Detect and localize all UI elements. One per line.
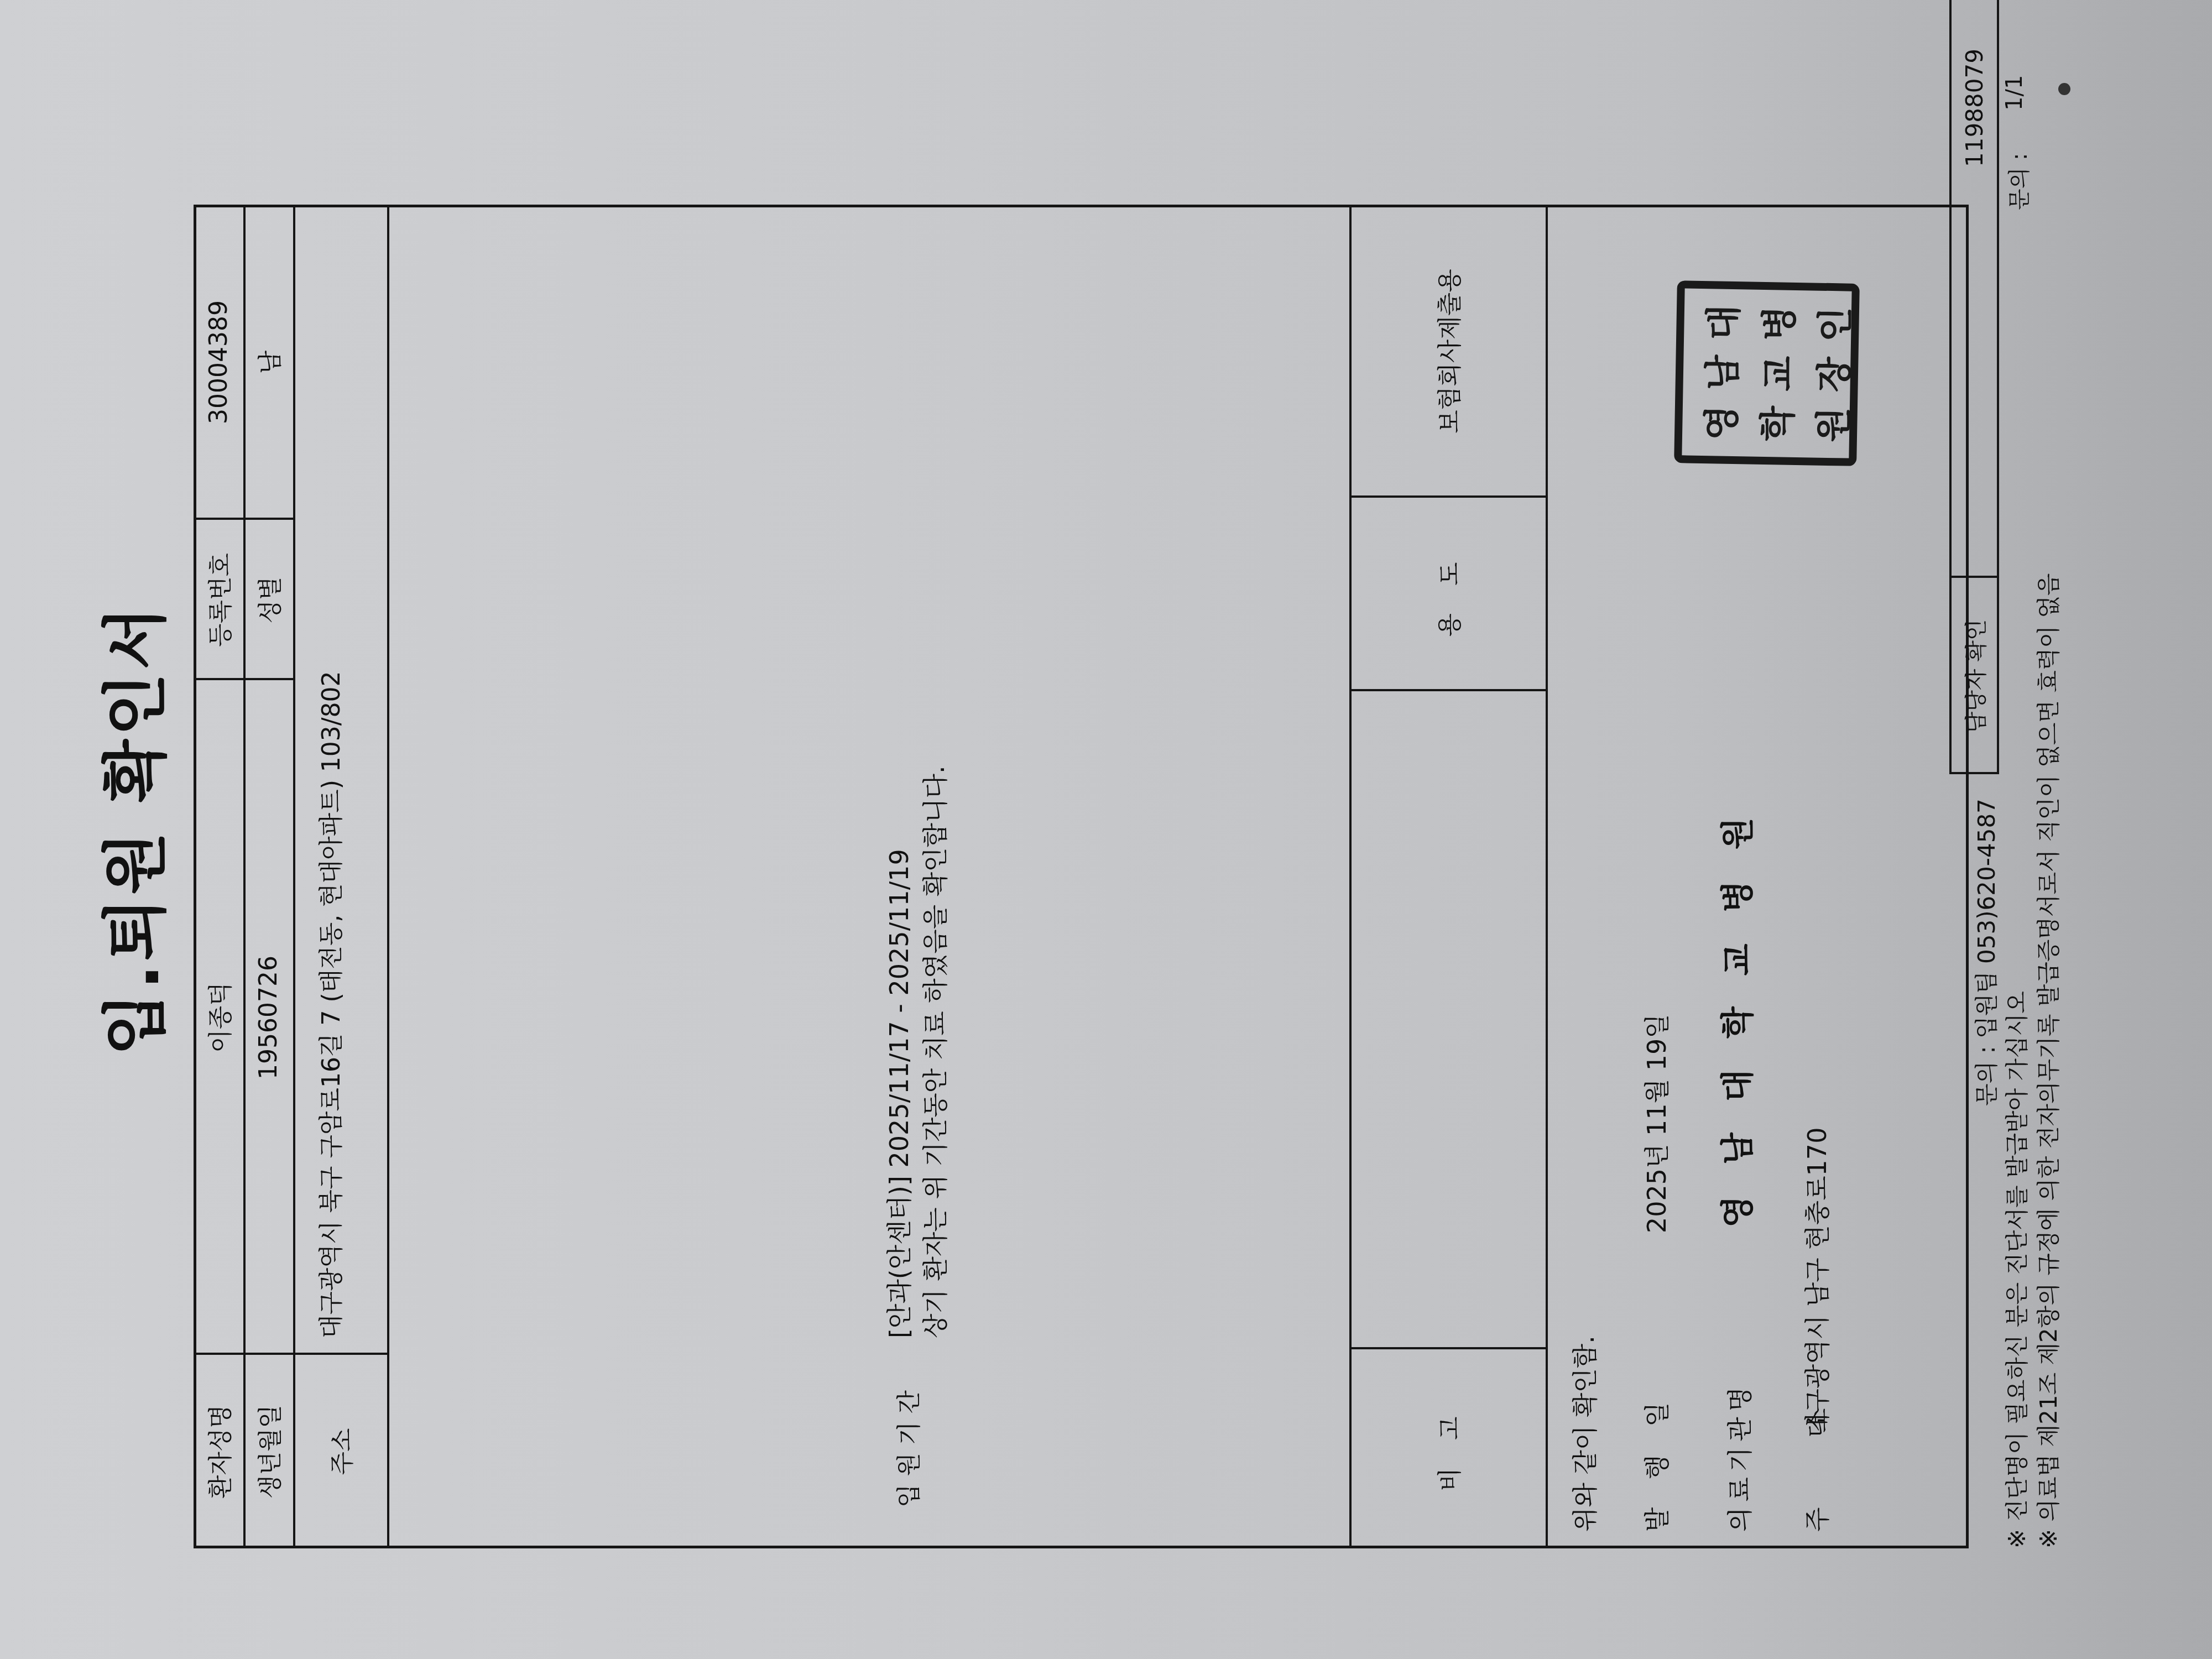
patient-name-label: 환자성명 bbox=[194, 1355, 243, 1548]
page-number: 1/1 bbox=[2002, 75, 2027, 111]
admission-period: [안과(안센터)] 2025/11/17 - 2025/11/19 bbox=[879, 849, 916, 1338]
purpose-label: 용 도 bbox=[1349, 498, 1546, 691]
issue-date-label: 발 행 일 bbox=[1637, 1392, 1673, 1532]
address-label: 주소 bbox=[293, 1355, 387, 1548]
admission-period-label: 입 원 기 간 bbox=[874, 1349, 940, 1548]
patient-address: 대구광역시 북구 구암로16길 7 (태전동, 현대아파트) 103/802 bbox=[293, 205, 387, 1355]
official-seal: 영 남 대 학 교 병 원 장 인 bbox=[1674, 280, 1860, 466]
footer-note-2: ※ 의료법 제21조 제2항의 규정에 의한 전자의무기록 발급증명서로서 직인… bbox=[2031, 573, 2064, 1548]
confirmation-text: 위와 같이 확인함. bbox=[1565, 1335, 1601, 1532]
sex-label: 성별 bbox=[243, 520, 293, 680]
institution-address: 대구광역시 남구 현충로170 bbox=[1797, 1128, 1834, 1438]
staff-confirm-label: 담당자 확인 bbox=[1949, 578, 1999, 774]
registration-number-label: 등록번호 bbox=[194, 520, 243, 680]
admission-statement: 상기 환자는 위 기간동안 치료 하였음을 확인합니다. bbox=[915, 765, 952, 1338]
registration-number: 30004389 bbox=[194, 205, 243, 520]
birth-date-label: 생년월일 bbox=[243, 1355, 293, 1548]
institution-name: 영남대학교병원 bbox=[1712, 786, 1759, 1228]
institution-label: 의료기관명 bbox=[1720, 1381, 1756, 1532]
document-title: 입.퇴원 확인서 bbox=[83, 0, 171, 1659]
remarks-label: 비 고 bbox=[1349, 1349, 1546, 1548]
contact-info: 문의 : 입원팀 053)620-4587 bbox=[1969, 799, 2002, 1106]
birth-date: 19560726 bbox=[243, 680, 293, 1355]
purpose-value: 보험회사제출용 bbox=[1349, 205, 1546, 498]
page-label: 문의 : bbox=[2002, 153, 2033, 210]
remarks-value bbox=[1349, 691, 1546, 1349]
paper-hole-mark bbox=[2058, 83, 2070, 95]
issue-date: 2025년 11월 19일 bbox=[1637, 1014, 1673, 1233]
sex-value: 남 bbox=[243, 205, 293, 520]
document-page: 입.퇴원 확인서 환자성명 이종덕 등록번호 30004389 생년월일 195… bbox=[0, 0, 2212, 1659]
document-number: 11988079 bbox=[1949, 0, 1999, 243]
patient-name: 이종덕 bbox=[194, 680, 243, 1355]
footer-note-1: ※ 진단명이 필요하신 분은 진단서를 발급받아 가십시오 bbox=[1999, 991, 2032, 1548]
